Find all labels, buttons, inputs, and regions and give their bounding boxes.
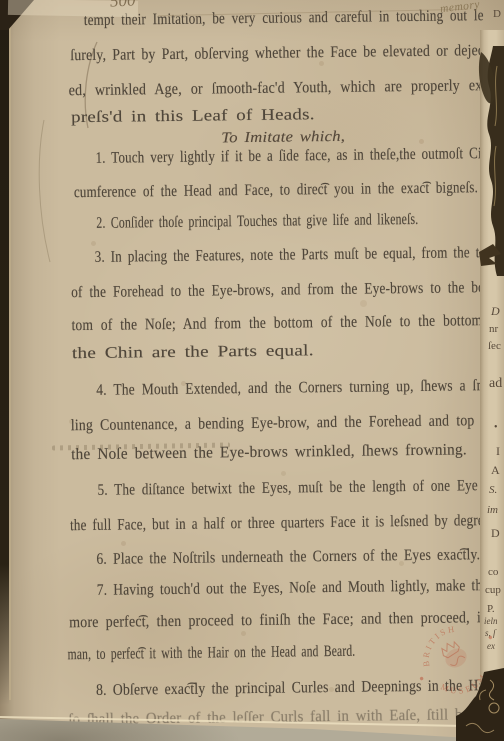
text-line: 7. Having touch'd out the Eyes, Noſe and… xyxy=(97,577,489,600)
book-page-photo: tempt their Imitation, be very curious a… xyxy=(0,0,504,741)
margin-fragment: cup xyxy=(485,584,501,596)
margin-fragment: S. xyxy=(489,484,497,496)
text-line: 1. Touch very lightly if it be a ſide fa… xyxy=(95,145,486,168)
text-line: ed, wrinkled Age, or ſmooth-fac'd Youth,… xyxy=(69,77,483,100)
margin-fragment: D xyxy=(493,8,501,20)
margin-fragment: P. xyxy=(487,603,495,615)
margin-fragment: D xyxy=(491,304,500,319)
margin-fragment: co xyxy=(488,566,498,578)
text-line: ſurely, Part by Part, obſerving whether … xyxy=(70,42,488,65)
text-line: 3. In placing the Features, note the Par… xyxy=(95,244,486,267)
text-line: 5. The diſtance betwixt the Eyes, muſt b… xyxy=(97,477,488,500)
margin-fragment: • xyxy=(494,422,498,433)
heading-line: To Imitate which, xyxy=(221,129,345,148)
text-line: 4. The Mouth Extended, and the Corners t… xyxy=(96,377,487,400)
text-line: the Noſe between the Eye-brows wrinkled,… xyxy=(71,441,467,464)
margin-fragment: A xyxy=(491,463,500,478)
text-line: preſs'd in this Leaf of Heads. xyxy=(71,106,315,127)
stamp-crown-icon xyxy=(438,638,470,671)
margin-fragment: D xyxy=(491,526,500,541)
page-left-edge-highlight xyxy=(9,0,11,700)
margin-fragment: I xyxy=(496,444,500,459)
text-line: 6. Place the Noſtrils underneath the Cor… xyxy=(96,546,480,569)
text-line: 2. Conſider thoſe principal Touches that… xyxy=(96,211,418,233)
text-line: man, to perfec͡t it with the Hair on the… xyxy=(67,643,355,665)
text-line: ling Countenance, a bending Eye-brow, an… xyxy=(71,412,489,435)
text-line: the full Face, but in a half or three qu… xyxy=(70,512,490,535)
margin-fragment: im xyxy=(487,504,498,516)
margin-fragment: nr xyxy=(489,323,498,335)
text-line: of the Forehead to the Eye-brows, and fr… xyxy=(71,279,485,302)
text-line: the Chin are the Parts equal. xyxy=(72,342,314,363)
handwritten-number: 500 xyxy=(109,0,136,12)
text-line: cumference of the Head and Face, to dire… xyxy=(74,179,478,202)
engraving-fragment-top xyxy=(477,46,504,276)
margin-fragment: ad xyxy=(489,376,502,392)
text-line: tom of the Noſe; And from the bottom of … xyxy=(71,312,482,335)
margin-fragment: ſec xyxy=(488,340,501,352)
engraving-fragment-bottom xyxy=(456,668,504,741)
binding-shadow xyxy=(0,0,9,705)
